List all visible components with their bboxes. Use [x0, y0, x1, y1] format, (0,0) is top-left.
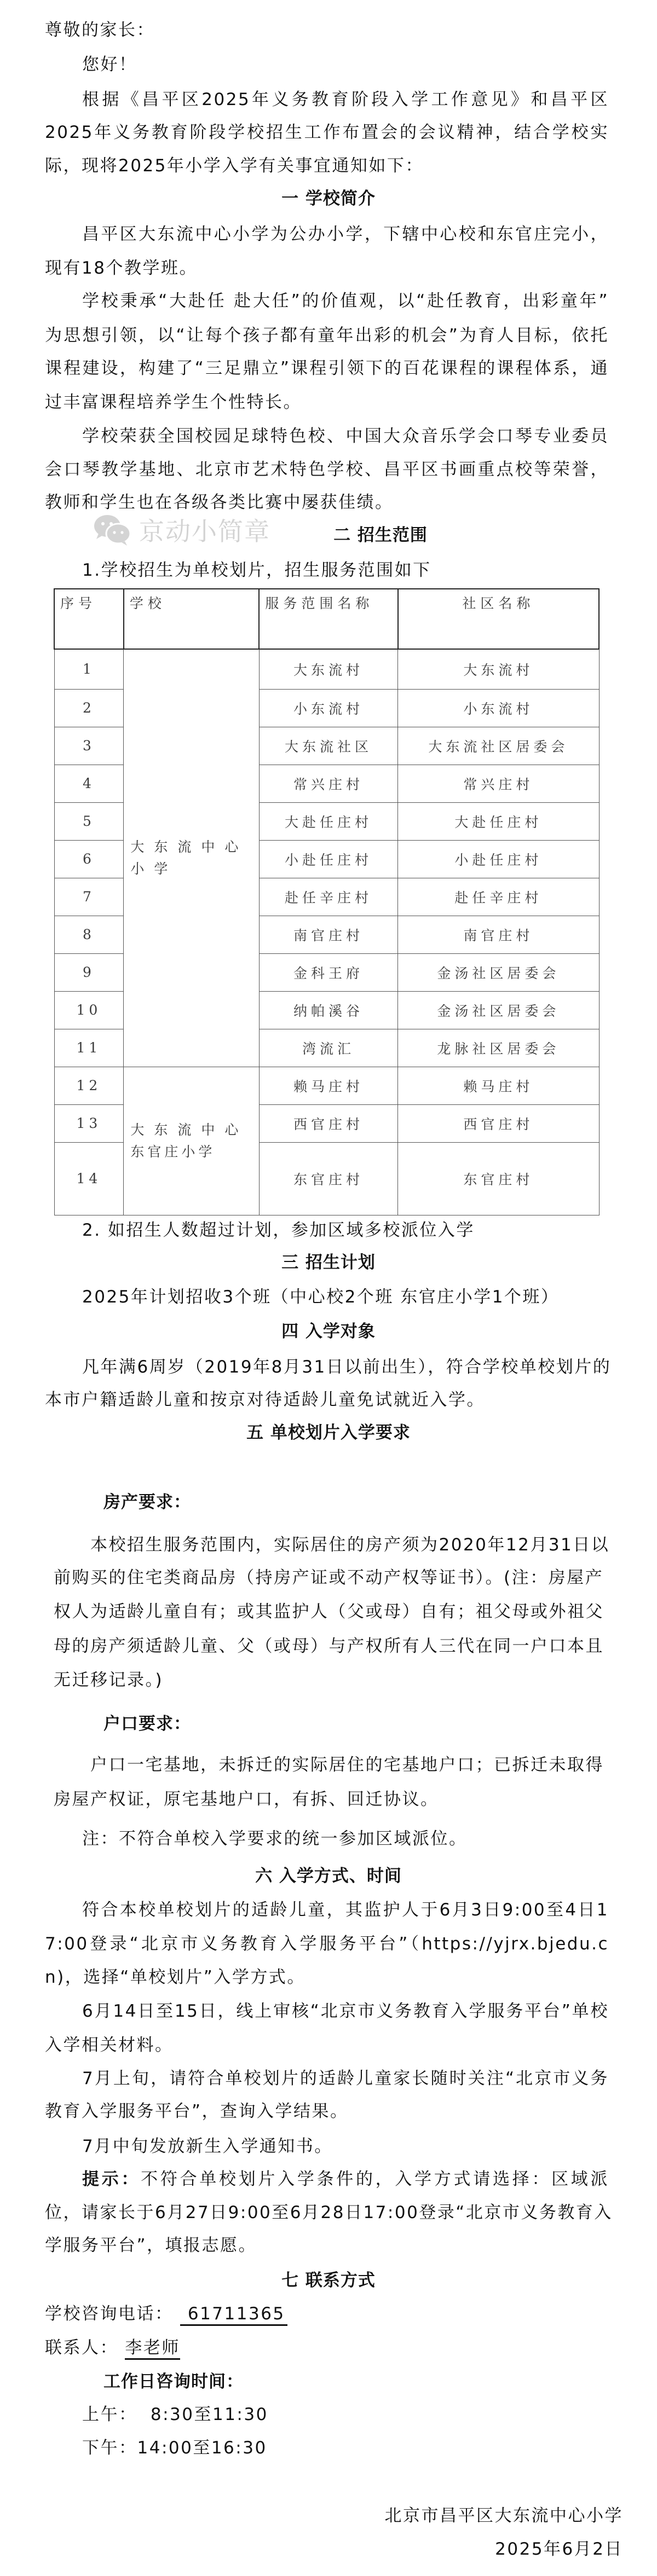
intro-line-1: 根据《昌平区2025年义务教育阶段入学工作意见》和昌平区: [82, 89, 609, 110]
s6-tip-line-2: 位，请家长于6月27日9:00至6月28日17:00登录“北京市义务教育入: [45, 2202, 609, 2223]
s6-p1-line-2: 7:00登录“北京市义务教育入学服务平台”（https://yjrx.bjedu…: [45, 1934, 609, 1954]
cell-range: 东官庄村: [259, 1142, 397, 1215]
cell-range: 湾流汇: [259, 1029, 397, 1067]
s1-p3-line-2: 会口琴教学基地、北京市艺术特色学校、昌平区书画重点校等荣誉，: [45, 459, 609, 480]
greeting: 尊敬的家长：: [45, 20, 155, 40]
cell-community: 小东流村: [398, 689, 599, 727]
cell-no: 11: [54, 1029, 124, 1067]
cell-range: 金科王府: [259, 953, 397, 991]
cell-no: 10: [54, 991, 124, 1029]
housing-line-4: 母的房产须适龄儿童、父（或母）与产权所有人三代在同一户口本且: [54, 1636, 602, 1657]
s1-p2-line-3: 课程建设，构建了“三足鼎立”课程引领下的百花课程的课程体系，通: [45, 358, 609, 379]
s1-p3-line-3: 教师和学生也在各级各类比赛中屡获佳绩。: [45, 492, 394, 513]
cell-no: 9: [54, 953, 124, 991]
header-range: 服务范围名称: [259, 589, 397, 649]
cell-range: 大赴任庄村: [259, 802, 397, 840]
cell-range: 南官庄村: [259, 916, 397, 953]
pm-label: 下午：: [82, 2438, 137, 2458]
cell-community: 西官庄村: [398, 1104, 599, 1142]
signature-date: 2025年6月2日: [495, 2539, 623, 2560]
cell-community: 南官庄村: [398, 916, 599, 953]
s6-p1-line-1: 符合本校单校划片的适龄儿童，其监护人于6月3日9:00至4日1: [82, 1900, 609, 1920]
cell-no: 5: [54, 802, 124, 840]
school-name-line-1: 大东流中心: [130, 1119, 255, 1141]
phone-row: 学校咨询电话： 61711365: [45, 2303, 287, 2326]
cell-school: 大东流中心 东官庄小学: [124, 1067, 260, 1215]
header-community: 社区名称: [398, 589, 599, 649]
cell-range: 纳帕溪谷: [259, 991, 397, 1029]
cell-community: 小赴任庄村: [398, 840, 599, 878]
intro-line-2: 2025年义务教育阶段学校招生工作布置会的会议精神，结合学校实: [45, 122, 609, 143]
s2-item-1: 1.学校招生为单校划片，招生服务范围如下: [82, 560, 431, 581]
am-hours: 8:30至11:30: [151, 2405, 268, 2424]
hukou-label: 户口要求：: [103, 1714, 191, 1734]
contact-name: 李老师: [125, 2338, 180, 2360]
table-header-row: 序号 学校 服务范围名称 社区名称: [54, 589, 599, 649]
s1-p2-line-4: 过丰富课程培养学生个性特长。: [45, 392, 302, 413]
s5-note: 注：不符合单校入学要求的统一参加区域派位。: [82, 1828, 468, 1849]
cell-no: 1: [54, 649, 124, 689]
table-row: 12 大东流中心 东官庄小学 赖马庄村 赖马庄村: [54, 1067, 599, 1104]
cell-no: 8: [54, 916, 124, 953]
s1-p2-line-1: 学校秉承“大赴任 赴大任”的价值观，以“赴任教育，出彩童年”: [82, 291, 609, 311]
school-name-line-2: 小学: [130, 858, 255, 880]
section-4-title: 四 入学对象: [0, 1321, 657, 1342]
phone-label: 学校咨询电话：: [45, 2304, 174, 2324]
s6-p2-line-1: 6月14日至15日，线上审核“北京市义务教育入学服务平台”单校: [82, 2001, 609, 2022]
section-2-title: 二 招生范围: [52, 525, 657, 546]
cell-community: 金汤社区居委会: [398, 953, 599, 991]
housing-line-5: 无迁移记录。): [54, 1670, 163, 1691]
cell-no: 14: [54, 1142, 124, 1215]
s1-p1-line-1: 昌平区大东流中心小学为公办小学，下辖中心校和东官庄完小，: [82, 224, 609, 245]
section-6-title: 六 入学方式、时间: [0, 1866, 657, 1886]
cell-range: 小东流村: [259, 689, 397, 727]
section-1-title: 一 学校简介: [0, 188, 657, 209]
s6-p2-line-2: 入学相关材料。: [45, 2035, 174, 2056]
contact-label: 联系人：: [45, 2338, 118, 2358]
housing-line-3: 权人为适龄儿童自有；或其监护人（父或母）自有；祖父母或外祖父: [54, 1601, 602, 1622]
section-5-title: 五 单校划片入学要求: [0, 1422, 657, 1443]
cell-range: 赴任辛庄村: [259, 878, 397, 916]
s4-line-1: 凡年满6周岁（2019年8月31日以前出生），符合学校单校划片的: [82, 1357, 609, 1377]
s6-p4: 7月中旬发放新生入学通知书。: [82, 2136, 333, 2157]
pm-hours: 14:00至16:30: [137, 2438, 267, 2458]
cell-community: 大东流社区居委会: [398, 727, 599, 765]
cell-range: 大东流社区: [259, 727, 397, 765]
cell-range: 小赴任庄村: [259, 840, 397, 878]
tip-label: 提示：: [82, 2169, 141, 2189]
cell-community: 大东流村: [398, 649, 599, 689]
s6-p3-line-1: 7月上旬，请符合单校划片的适龄儿童家长随时关注“北京市义务: [82, 2068, 609, 2089]
cell-no: 6: [54, 840, 124, 878]
cell-no: 7: [54, 878, 124, 916]
am-label: 上午：: [82, 2405, 137, 2424]
am-hours-row: 上午： 8:30至11:30: [82, 2404, 268, 2425]
housing-line-1: 本校招生服务范围内，实际居住的房产须为2020年12月31日以: [90, 1535, 602, 1555]
s1-p2-line-2: 为思想引领，以“让每个孩子都有童年出彩的机会”为育人目标，依托: [45, 325, 609, 346]
table-row: 1 大东流中心 小学 大东流村 大东流村: [54, 649, 599, 689]
section-3-title: 三 招生计划: [0, 1252, 657, 1273]
s1-p1-line-2: 现有18个教学班。: [45, 258, 198, 279]
section-7-title: 七 联系方式: [0, 2270, 657, 2291]
header-school: 学校: [124, 589, 260, 649]
contact-row: 联系人： 李老师: [45, 2337, 180, 2360]
hello: 您好！: [82, 54, 137, 75]
cell-community: 赖马庄村: [398, 1067, 599, 1104]
cell-no: 12: [54, 1067, 124, 1104]
cell-community: 东官庄村: [398, 1142, 599, 1215]
cell-range: 常兴庄村: [259, 765, 397, 802]
enrollment-range-table: 序号 学校 服务范围名称 社区名称 1 大东流中心 小学 大东流村 大东流村 2…: [54, 588, 600, 1215]
pm-hours-row: 下午：14:00至16:30: [82, 2438, 267, 2458]
cell-no: 3: [54, 727, 124, 765]
cell-range: 西官庄村: [259, 1104, 397, 1142]
phone-number[interactable]: 61711365: [180, 2305, 287, 2326]
cell-range: 赖马庄村: [259, 1067, 397, 1104]
cell-range: 大东流村: [259, 649, 397, 689]
cell-no: 13: [54, 1104, 124, 1142]
s1-p3-line-1: 学校荣获全国校园足球特色校、中国大众音乐学会口琴专业委员: [82, 426, 609, 447]
cell-no: 4: [54, 765, 124, 802]
housing-line-2: 前购买的住宅类商品房（持房产证或不动产权等证书）。(注：房屋产: [54, 1567, 602, 1588]
cell-community: 大赴任庄村: [398, 802, 599, 840]
cell-community: 龙脉社区居委会: [398, 1029, 599, 1067]
cell-community: 赴任辛庄村: [398, 878, 599, 916]
cell-community: 常兴庄村: [398, 765, 599, 802]
cell-community: 金汤社区居委会: [398, 991, 599, 1029]
s6-p1-line-3: n)，选择“单校划片”入学方式。: [45, 1967, 306, 1988]
intro-line-3: 际，现将2025年小学入学有关事宜通知如下：: [45, 155, 424, 176]
cell-school: 大东流中心 小学: [124, 649, 260, 1067]
tip-text: 不符合单校划片入学条件的，入学方式请选择：区域派: [141, 2169, 609, 2189]
signature-org: 北京市昌平区大东流中心小学: [385, 2505, 624, 2526]
s3-text: 2025年计划招收3个班（中心校2个班 东官庄小学1个班）: [82, 1287, 559, 1307]
housing-label: 房产要求：: [103, 1492, 191, 1513]
s6-p3-line-2: 教育入学服务平台”，查询入学结果。: [45, 2101, 349, 2122]
hukou-line-1: 户口一宅基地，未拆迁的实际居住的宅基地户口；已拆迁未取得: [90, 1755, 602, 1775]
s6-tip-line-1: 提示：不符合单校划片入学条件的，入学方式请选择：区域派: [82, 2169, 609, 2190]
school-name-line-1: 大东流中心: [130, 836, 255, 858]
hukou-line-2: 房屋产权证，原宅基地户口，有拆、回迁协议。: [54, 1789, 439, 1810]
s4-line-2: 本市户籍适龄儿童和按京对待适龄儿童免试就近入学。: [45, 1390, 485, 1410]
school-name-line-2: 东官庄小学: [130, 1141, 255, 1163]
hours-label: 工作日咨询时间：: [103, 2371, 244, 2392]
cell-no: 2: [54, 689, 124, 727]
s2-item-2: 2. 如招生人数超过计划，参加区域多校派位入学: [82, 1220, 475, 1241]
header-no: 序号: [54, 589, 124, 649]
s6-tip-line-3: 学服务平台”，填报志愿。: [45, 2235, 257, 2256]
